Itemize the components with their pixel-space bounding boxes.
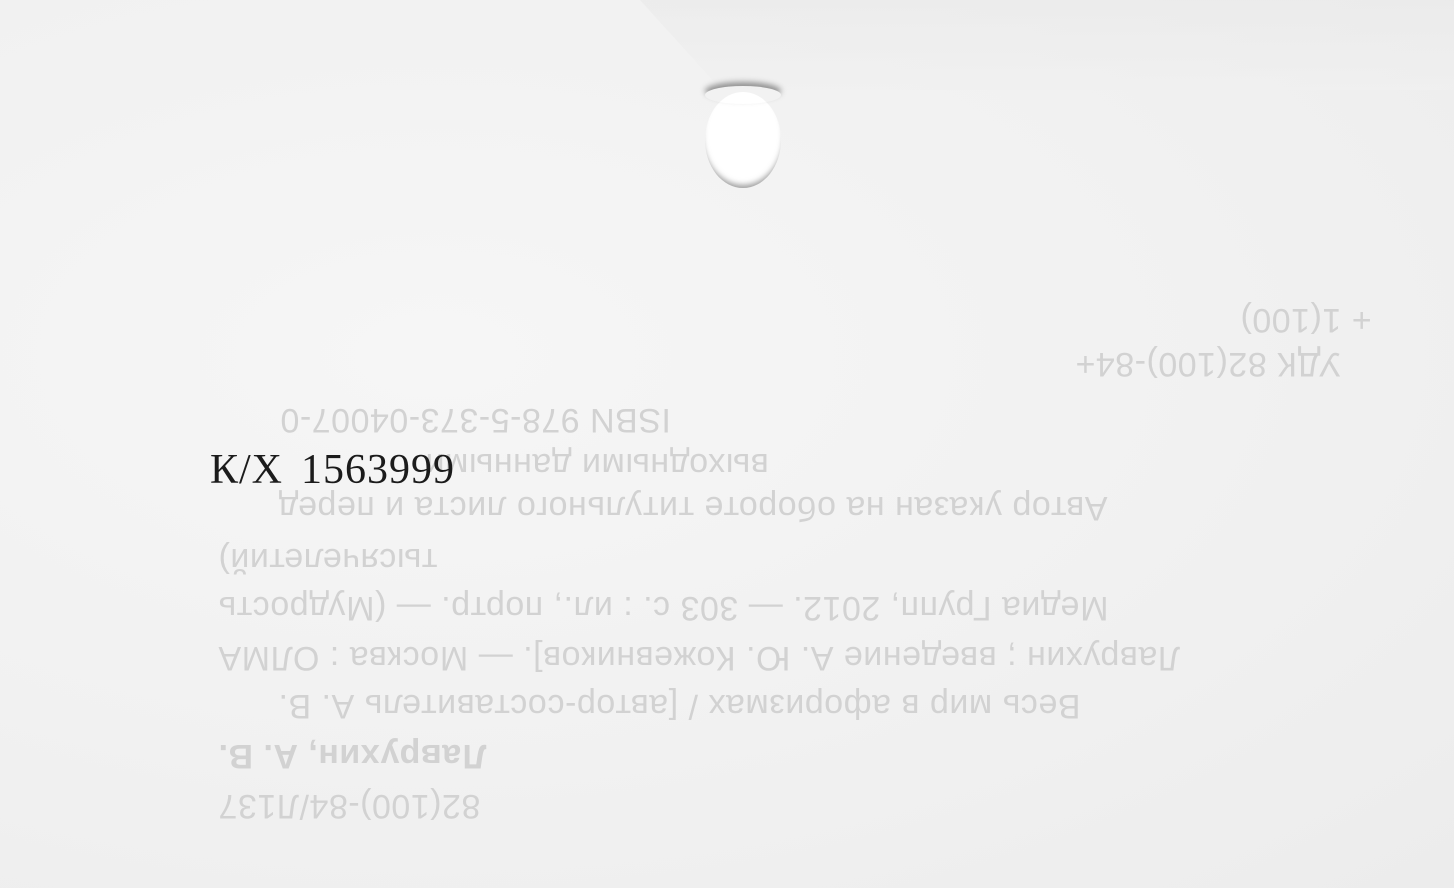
showthrough-title: Весь мир в афоризмах / [автор-составител… [278,686,1081,725]
showthrough-udk-1: + 1(100) [1240,300,1372,339]
catalog-card: + 1(100) УДК 82(100)-84+ ISBN 978-5-373-… [0,0,1454,888]
showthrough-responsibility: Лаврухин ; введение А. Ю. Кожевников]. —… [218,638,1180,677]
showthrough-author: Лаврухин, А. В. [218,736,486,775]
showthrough-udk-2: УДК 82(100)-84+ [1075,344,1341,383]
showthrough-note-2: выходными данными [425,445,769,484]
folded-corner [640,0,1454,90]
inventory-value: 1563999 [301,447,455,493]
punch-hole [705,92,781,188]
showthrough-series-end: тысячелетий) [218,540,437,579]
showthrough-isbn: ISBN 978-5-373-04007-0 [280,400,671,439]
showthrough-shelf-mark: 82(100)-84/Л137 [218,786,480,825]
showthrough-imprint: Медиа Групп, 2012. — 303 с. : ил., портр… [218,588,1109,627]
inventory-prefix: К/Х [210,447,283,493]
inventory-number: К/Х1563999 [210,446,455,494]
